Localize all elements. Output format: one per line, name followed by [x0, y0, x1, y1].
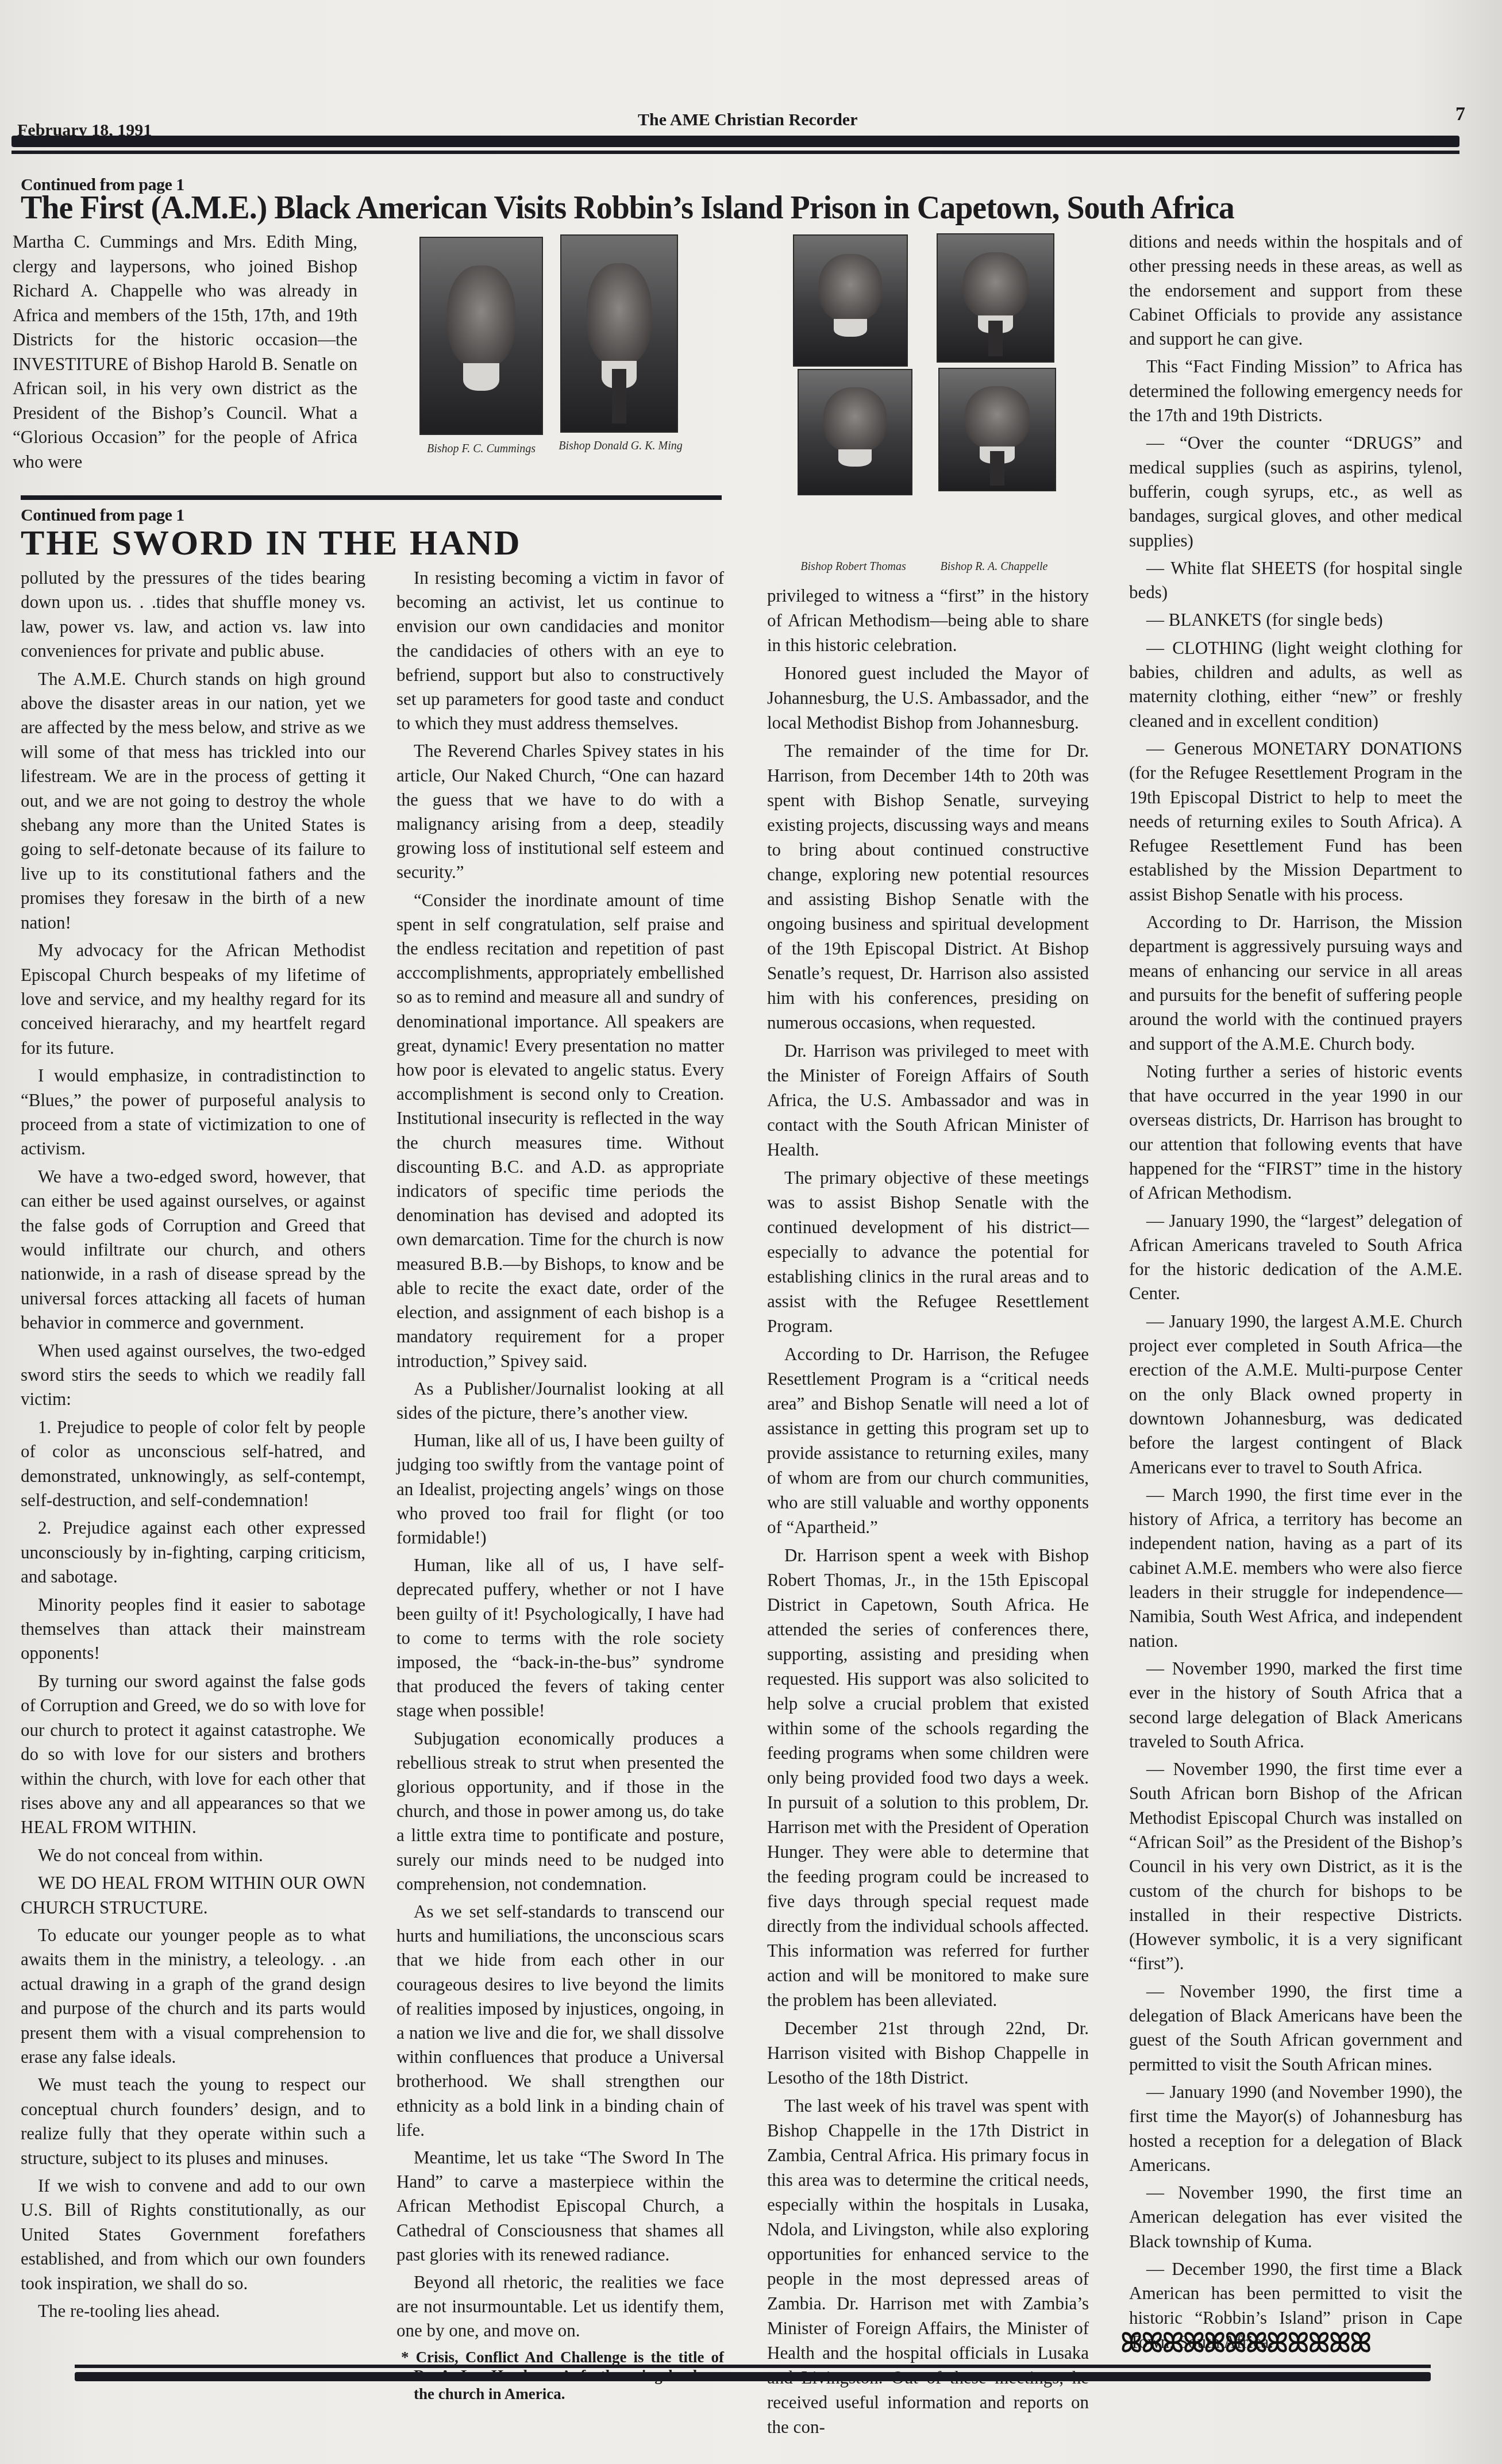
event-item: — November 1990, the first time a delega…: [1129, 1980, 1462, 2077]
paragraph: Beyond all rhetoric, the realities we fa…: [396, 2270, 724, 2343]
event-item: — January 1990, the largest A.M.E. Churc…: [1129, 1310, 1462, 1480]
footer-rule-thin: [75, 2365, 1431, 2368]
paragraph: According to Dr. Harrison, the Mission d…: [1129, 910, 1462, 1056]
paragraph: Meantime, let us take “The Sword In The …: [396, 2146, 724, 2267]
article1-intro-text: Martha C. Cummings and Mrs. Edith Ming, …: [13, 230, 357, 474]
paragraph: To educate our younger people as to what…: [21, 1923, 365, 2069]
article-divider: [21, 495, 722, 500]
photo-dr-mckinney: [937, 233, 1054, 363]
paragraph: Human, like all of us, I have been guilt…: [396, 1429, 724, 1550]
paragraph: This “Fact Finding Mission” to Africa ha…: [1129, 355, 1462, 428]
paper-name: The AME Christian Recorder: [638, 110, 857, 130]
photo-bishop-thomas: [798, 369, 912, 495]
paragraph: As we set self-standards to transcend ou…: [396, 1900, 724, 2142]
event-item: — March 1990, the first time ever in the…: [1129, 1483, 1462, 1653]
masthead-rule-thin: [11, 151, 1459, 154]
masthead-rule-thick: [11, 136, 1459, 147]
paragraph: ditions and needs within the hospitals a…: [1129, 230, 1462, 351]
paragraph: By turning our sword against the false g…: [21, 1669, 365, 1840]
paragraph: Honored guest included the Mayor of Joha…: [767, 661, 1089, 735]
paragraph: The re-tooling lies ahead.: [21, 2299, 365, 2323]
caption-bishop-ming: Bishop Donald G. K. Ming: [554, 440, 687, 453]
article1-intro-column: Martha C. Cummings and Mrs. Edith Ming, …: [13, 230, 357, 478]
list-item: — “Over the counter “DRUGS” and medical …: [1129, 431, 1462, 552]
article1-headline: The First (A.M.E.) Black American Visits…: [21, 190, 1234, 226]
paragraph: As a Publisher/Journalist looking at all…: [396, 1377, 724, 1425]
paragraph: Dr. Harrison was privileged to meet with…: [767, 1038, 1089, 1162]
caption-bishop-cummings: Bishop F. C. Cummings: [417, 442, 546, 456]
photo-bishop-senatle: [793, 234, 908, 367]
footer-rule-thick: [75, 2372, 1431, 2381]
paragraph: The A.M.E. Church stands on high ground …: [21, 667, 365, 935]
caption-bishop-thomas: Bishop Robert Thomas: [790, 560, 916, 573]
page-number: 7: [1455, 103, 1465, 125]
end-ornament: ꕤꕤꕤꕤꕤꕤꕤꕤꕤꕤꕤꕤ: [1120, 2327, 1431, 2356]
photo-bishop-ming: [560, 234, 678, 433]
newspaper-page: February 18, 1991 The AME Christian Reco…: [0, 0, 1502, 2464]
event-item: — January 1990 (and November 1990), the …: [1129, 2080, 1462, 2177]
paragraph: WE DO HEAL FROM WITHIN OUR OWN CHURCH ST…: [21, 1871, 365, 1920]
continued-label-article2: Continued from page 1: [21, 506, 184, 525]
paragraph: We must teach the young to respect our c…: [21, 2073, 365, 2170]
paragraph: Dr. Harrison spent a week with Bishop Ro…: [767, 1543, 1089, 2012]
paragraph: Noting further a series of historic even…: [1129, 1060, 1462, 1206]
paragraph: If we wish to convene and add to our own…: [21, 2174, 365, 2296]
paragraph: December 21st through 22nd, Dr. Harrison…: [767, 2016, 1089, 2090]
caption-bishop-chappelle: Bishop R. A. Chappelle: [931, 560, 1057, 573]
event-item: — November 1990, marked the first time e…: [1129, 1657, 1462, 1754]
list-item: — BLANKETS (for single beds): [1129, 608, 1462, 632]
photo-bishop-cummings: [419, 237, 543, 435]
paragraph: In resisting becoming a victim in favor …: [396, 566, 724, 736]
paragraph: When used against ourselves, the two-edg…: [21, 1339, 365, 1412]
paragraph: The Reverend Charles Spivey states in hi…: [396, 739, 724, 884]
paragraph: The last week of his travel was spent wi…: [767, 2093, 1089, 2439]
photo-bishop-chappelle: [938, 368, 1056, 491]
paragraph: We do not conceal from within.: [21, 1843, 365, 1868]
article1-column-4: ditions and needs within the hospitals a…: [1129, 230, 1462, 2358]
paragraph: polluted by the pressures of the tides b…: [21, 566, 365, 664]
paragraph: The remainder of the time for Dr. Harris…: [767, 738, 1089, 1035]
paragraph: The primary objective of these meetings …: [767, 1165, 1089, 1338]
event-item: — January 1990, the “largest” delegation…: [1129, 1209, 1462, 1306]
paragraph: Minority peoples find it easier to sabot…: [21, 1593, 365, 1666]
list-item: — Generous MONETARY DONATIONS (for the R…: [1129, 737, 1462, 907]
event-item: — November 1990, the first time an Ameri…: [1129, 2181, 1462, 2254]
list-item: 1. Prejudice to people of color felt by …: [21, 1415, 365, 1513]
article2-headline: THE SWORD IN THE HAND: [21, 523, 521, 564]
paragraph: My advocacy for the African Methodist Ep…: [21, 938, 365, 1060]
paragraph: I would emphasize, in contradistinction …: [21, 1064, 365, 1161]
paragraph: “Consider the inordinate amount of time …: [396, 888, 724, 1373]
list-item: — CLOTHING (light weight clothing for ba…: [1129, 636, 1462, 733]
list-item: — White flat SHEETS (for hospital single…: [1129, 556, 1462, 605]
paragraph: privileged to witness a “first” in the h…: [767, 583, 1089, 657]
article2-column-1: polluted by the pressures of the tides b…: [21, 566, 365, 2327]
article1-column-3: privileged to witness a “first” in the h…: [767, 583, 1089, 2443]
list-item: 2. Prejudice against each other expresse…: [21, 1516, 365, 1589]
paragraph: According to Dr. Harrison, the Refugee R…: [767, 1342, 1089, 1539]
event-item: — November 1990, the first time ever a S…: [1129, 1757, 1462, 1976]
paragraph: Human, like all of us, I have self-depre…: [396, 1553, 724, 1723]
paragraph: We have a two-edged sword, however, that…: [21, 1165, 365, 1335]
article2-column-2: In resisting becoming a victim in favor …: [396, 566, 724, 2403]
paragraph: Subjugation economically produces a rebe…: [396, 1727, 724, 1896]
